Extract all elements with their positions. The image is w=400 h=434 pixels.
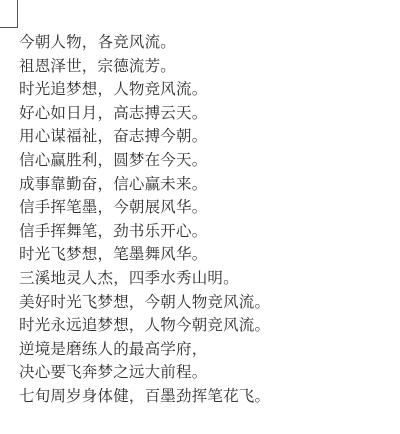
text-line: 时光永远追梦想，人物今朝竞风流。: [19, 314, 270, 338]
text-line: 用心谋福祉，奋志搏今朝。: [19, 125, 270, 149]
text-line: 时光飞梦想，笔墨舞风华。: [19, 243, 270, 267]
document-body[interactable]: 今朝人物，各竞风流。 祖恩泽世，宗德流芳。 时光追梦想，人物竞风流。 好心如日月…: [19, 31, 270, 409]
text-line: 七旬周岁身体健，百墨劲挥笔花飞。: [19, 385, 270, 409]
text-line: 成事靠勤奋，信心赢未来。: [19, 173, 270, 197]
text-line: 逆境是磨练人的最高学府，: [19, 338, 270, 362]
text-line: 信手挥笔墨，今朝展风华。: [19, 196, 270, 220]
text-line: 决心要飞奔梦之远大前程。: [19, 361, 270, 385]
page-margin-corner-mark: [0, 0, 18, 28]
text-line: 信手挥舞笔，劲书乐开心。: [19, 220, 270, 244]
text-line: 三溪地灵人杰，四季水秀山明。: [19, 267, 270, 291]
text-line: 今朝人物，各竞风流。: [19, 31, 270, 55]
text-line: 信心赢胜利，圆梦在今天。: [19, 149, 270, 173]
text-line: 好心如日月，高志搏云天。: [19, 102, 270, 126]
text-line: 时光追梦想，人物竞风流。: [19, 78, 270, 102]
text-line: 祖恩泽世，宗德流芳。: [19, 55, 270, 79]
text-line: 美好时光飞梦想，今朝人物竞风流。: [19, 291, 270, 315]
